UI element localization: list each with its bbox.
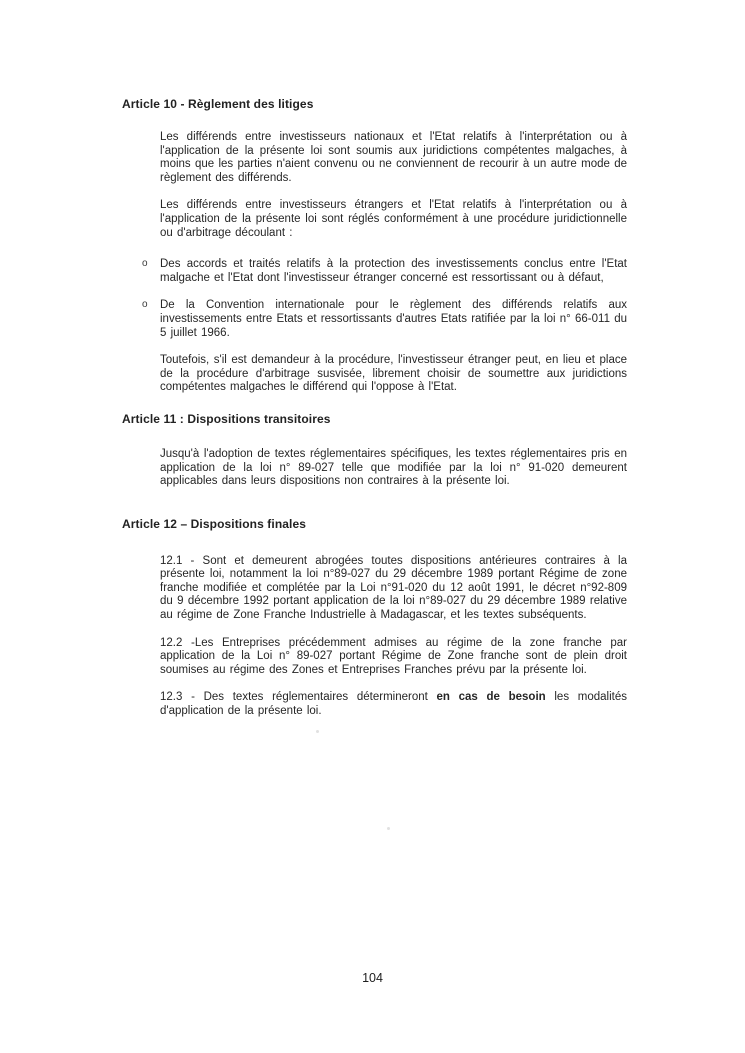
article-12-paragraph-1: 12.1 - Sont et demeurent abrogées toutes…	[160, 555, 627, 623]
bold-phrase: en cas de besoin	[437, 691, 546, 703]
article-10-heading: Article 10 - Règlement des litiges	[122, 97, 627, 111]
bullet-text: De la Convention internationale pour le …	[160, 299, 627, 340]
article-10-paragraph-3: Toutefois, s'il est demandeur à la procé…	[160, 354, 627, 395]
circle-bullet-icon: o	[142, 258, 148, 269]
article-10-paragraph-2: Les différends entre investisseurs étran…	[160, 199, 627, 240]
article-12-heading: Article 12 – Dispositions finales	[122, 517, 627, 531]
document-body: Article 10 - Règlement des litiges Les d…	[122, 97, 627, 733]
page-number: 104	[0, 971, 745, 985]
scan-speck	[387, 827, 390, 830]
article-12-paragraph-3: 12.3 - Des textes réglementaires détermi…	[160, 691, 627, 718]
article-11-paragraph-1: Jusqu'à l'adoption de textes réglementai…	[160, 448, 627, 489]
document-page: Article 10 - Règlement des litiges Les d…	[0, 0, 745, 1053]
paragraph-text-before: 12.3 - Des textes réglementaires détermi…	[160, 691, 437, 703]
article-12-paragraph-2: 12.2 -Les Entreprises précédemment admis…	[160, 637, 627, 678]
article-11-heading: Article 11 : Dispositions transitoires	[122, 412, 627, 426]
article-10-paragraph-1: Les différends entre investisseurs natio…	[160, 131, 627, 185]
article-10-bullet-1: o Des accords et traités relatifs à la p…	[160, 258, 627, 285]
bullet-text: Des accords et traités relatifs à la pro…	[160, 258, 627, 285]
circle-bullet-icon: o	[142, 299, 148, 310]
scan-speck	[316, 730, 319, 733]
article-10-bullet-2: o De la Convention internationale pour l…	[160, 299, 627, 340]
